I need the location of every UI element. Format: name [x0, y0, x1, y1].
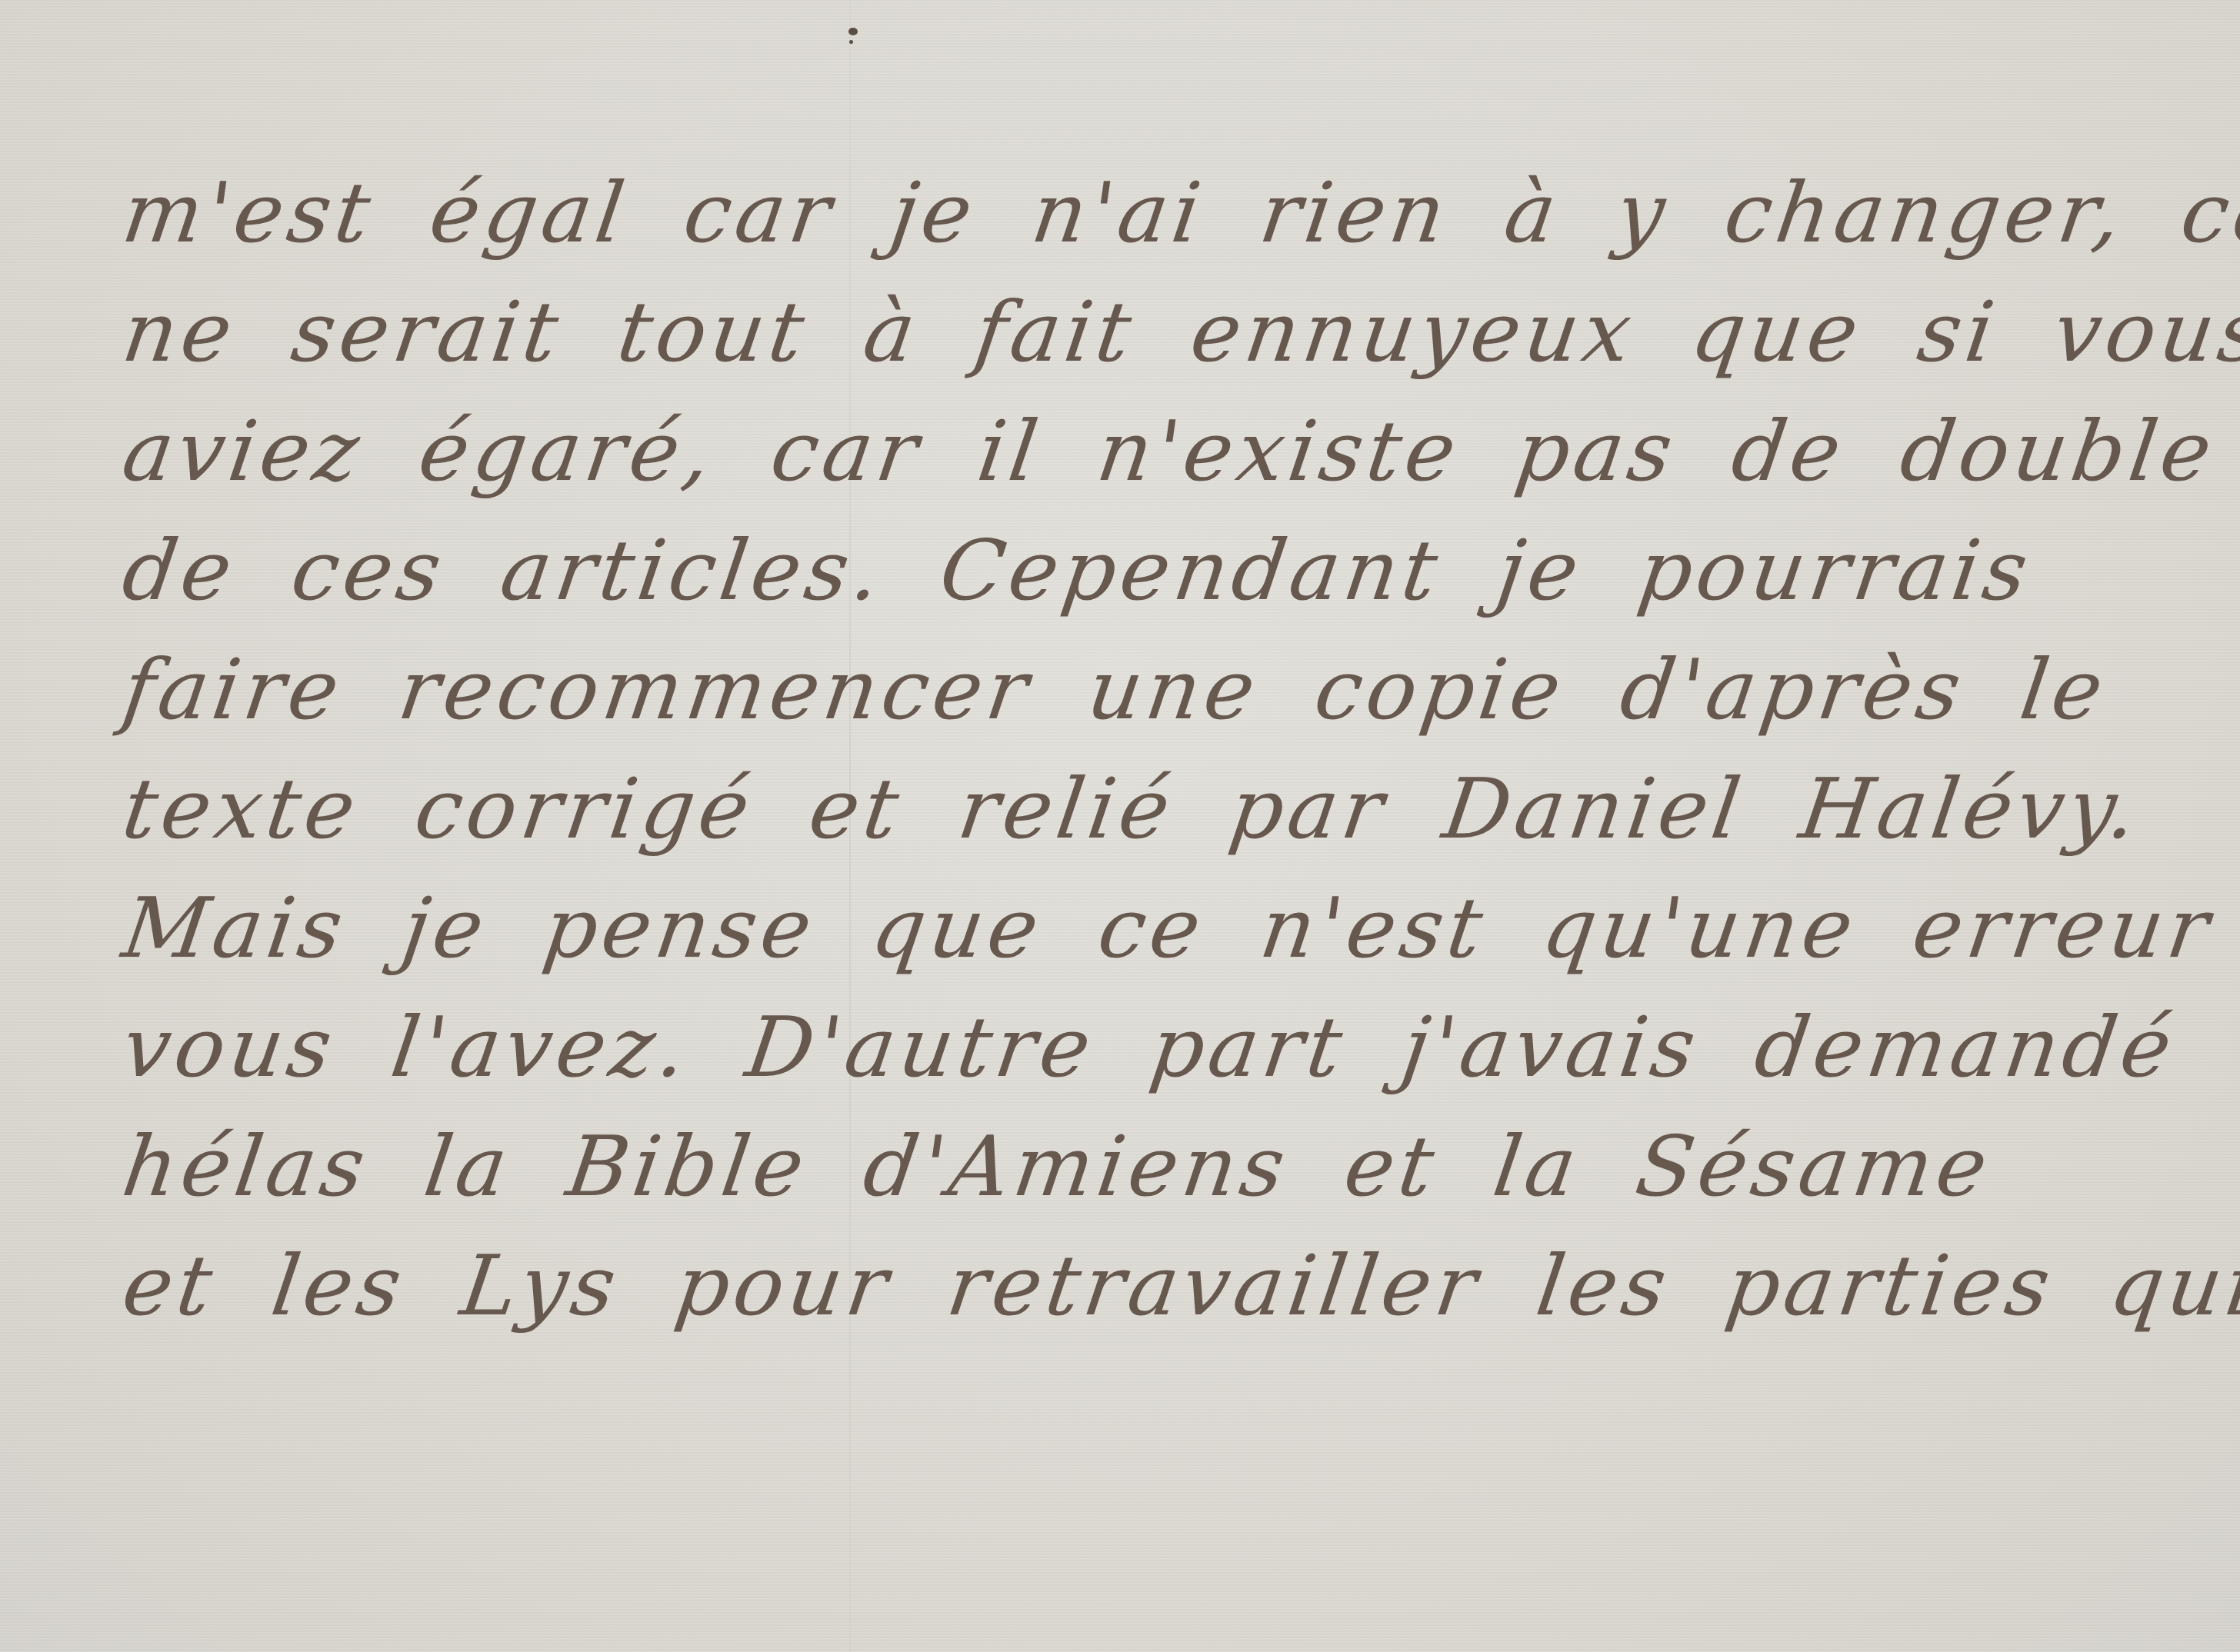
letter-page: m'est égal car je n'ai rien à y changer,…: [0, 0, 2240, 1652]
text-line-2: ne serait tout à fait ennuyeux que si vo…: [115, 273, 2225, 392]
text-line-4: de ces articles. Cependant je pourrais: [115, 511, 2225, 631]
text-line-8: vous l'avez. D'autre part j'avais demand…: [115, 988, 2225, 1107]
text-line-3: aviez égaré, car il n'existe pas de doub…: [115, 392, 2225, 511]
text-line-1: m'est égal car je n'ai rien à y changer,…: [115, 154, 2225, 273]
handwritten-text: m'est égal car je n'ai rien à y changer,…: [115, 154, 2208, 1346]
ink-speck: [848, 28, 858, 35]
text-line-10: et les Lys pour retravailler les parties…: [115, 1227, 2225, 1346]
text-line-7: Mais je pense que ce n'est qu'une erreur…: [115, 869, 2225, 988]
ink-speck: [849, 40, 853, 44]
text-line-5: faire recommencer une copie d'après le: [115, 631, 2225, 750]
text-line-9: hélas la Bible d'Amiens et la Sésame: [115, 1107, 2225, 1227]
text-line-6: texte corrigé et relié par Daniel Halévy…: [115, 750, 2225, 869]
